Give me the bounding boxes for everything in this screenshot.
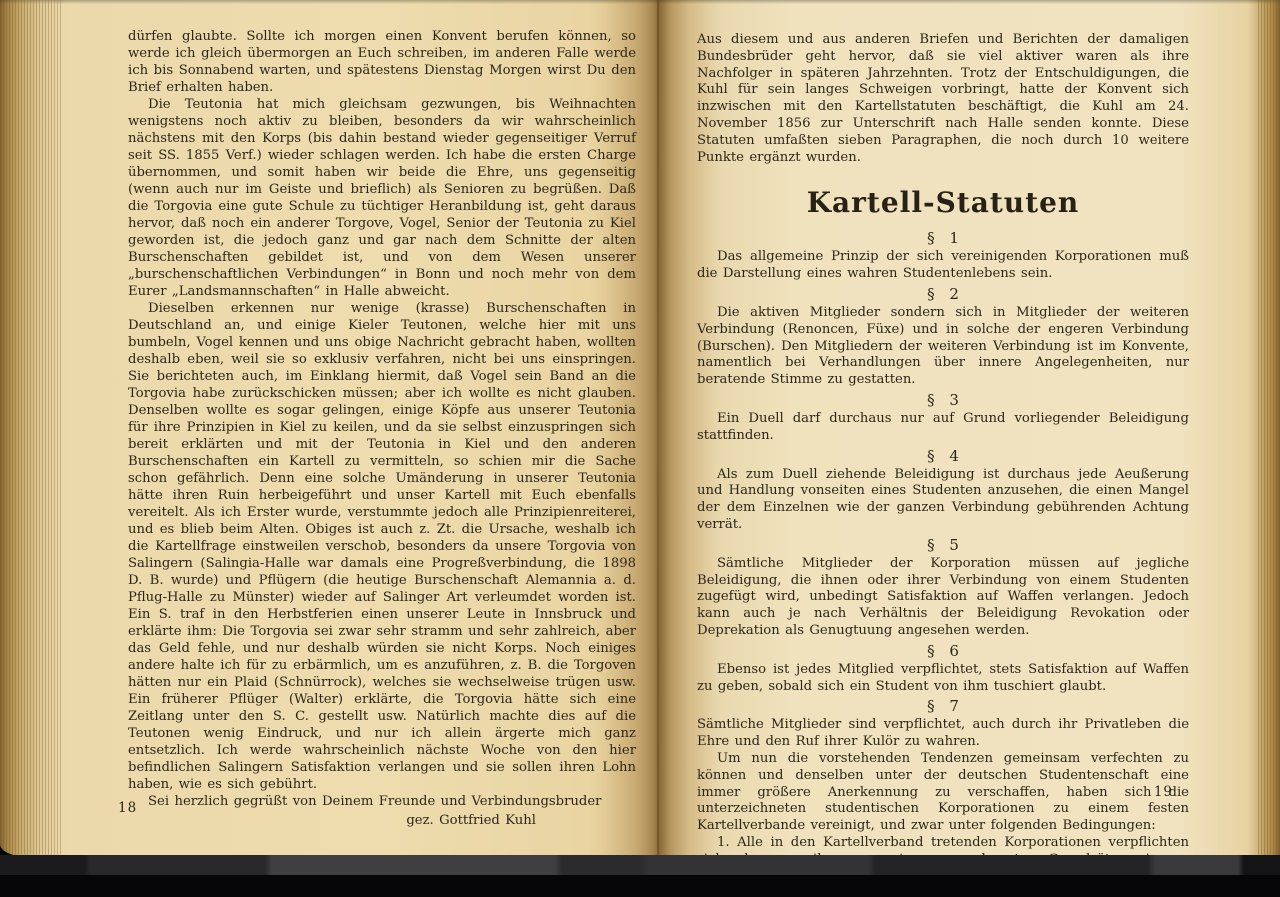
section-label: § 1	[697, 230, 1189, 247]
page-number-right: 19	[1154, 784, 1173, 801]
section-text: Sämtliche Mitglieder der Korporation müs…	[697, 556, 1189, 640]
section-text: Die aktiven Mitglieder sondern sich in M…	[697, 305, 1189, 389]
section-label: § 2	[697, 286, 1189, 303]
book-gutter-line	[657, 0, 659, 858]
section-label: § 4	[697, 448, 1189, 465]
paragraph: dürfen glaubte. Sollte ich morgen einen …	[128, 28, 636, 96]
scanner-bed-gray-band	[0, 855, 1280, 875]
paragraph: Die Teutonia hat mich gleichsam gezwunge…	[128, 96, 636, 300]
left-page-edges	[0, 0, 62, 858]
book-spread-scan: dürfen glaubte. Sollte ich morgen einen …	[0, 0, 1280, 897]
chapter-heading: Kartell-Statuten	[697, 186, 1189, 220]
section-label: § 6	[697, 643, 1189, 660]
paragraph: Um nun die vorstehenden Tendenzen gemein…	[697, 751, 1189, 835]
section-text: Das allgemeine Prinzip der sich vereinig…	[697, 249, 1189, 283]
page-left: dürfen glaubte. Sollte ich morgen einen …	[128, 28, 636, 829]
paragraph: Sei herzlich gegrüßt von Deinem Freunde …	[128, 793, 636, 810]
paragraph: Dieselben erkennen nur wenige (krasse) B…	[128, 300, 636, 793]
section-label: § 3	[697, 392, 1189, 409]
paragraph: Aus diesem und aus anderen Briefen und B…	[697, 32, 1189, 166]
right-page-edges	[1258, 0, 1280, 858]
page-right: Aus diesem und aus anderen Briefen und B…	[697, 32, 1189, 885]
page-number-left: 18	[118, 800, 137, 817]
section-text: Ein Duell darf durchaus nur auf Grund vo…	[697, 411, 1189, 445]
section-text: Als zum Duell ziehende Beleidigung ist d…	[697, 467, 1189, 534]
section-text: Sämtliche Mitglieder sind verpflichtet, …	[697, 717, 1189, 751]
section-label: § 7	[697, 698, 1189, 715]
scanner-bed-shadow	[0, 855, 1280, 897]
signature: gez. Gottfried Kuhl	[128, 812, 636, 829]
section-text: Ebenso ist jedes Mitglied verpflichtet, …	[697, 662, 1189, 696]
section-label: § 5	[697, 537, 1189, 554]
